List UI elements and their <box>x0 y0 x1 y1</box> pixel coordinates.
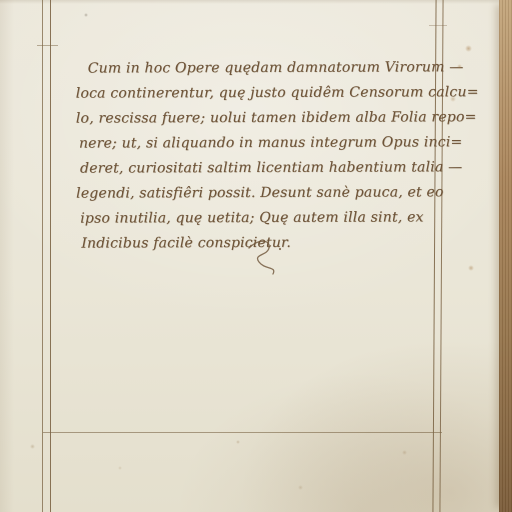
end-flourish-icon <box>247 236 291 278</box>
foxing-spot <box>30 444 35 449</box>
text-line: ipso inutilia, quę uetita; Quę autem ill… <box>76 205 436 231</box>
text-line: Cum in hoc Opere quędam damnatorum Viror… <box>76 55 436 81</box>
foxing-spot <box>118 466 122 470</box>
left-border-line-outer <box>42 0 43 512</box>
foxing-spot <box>465 45 472 52</box>
text-line: loca continerentur, quę justo quidêm Cen… <box>76 80 436 106</box>
handwritten-text-block: Cum in hoc Opere quędam damnatorum Viror… <box>76 55 437 256</box>
top-right-rule-tick <box>429 25 447 26</box>
text-line: deret, curiositati saltim licentiam habe… <box>76 155 436 181</box>
foxing-spot <box>450 96 456 102</box>
foxing-spot <box>298 485 303 490</box>
text-line: legendi, satisfiêri possit. Desunt sanè … <box>76 180 436 206</box>
foxing-spot <box>236 440 240 444</box>
manuscript-photo: Cum in hoc Opere quędam damnatorum Viror… <box>0 0 512 512</box>
left-page-shadow <box>0 0 14 512</box>
text-line: nere; ut, si aliquando in manus integrum… <box>76 130 436 156</box>
text-line: lo, rescissa fuere; uolui tamen ibidem a… <box>76 105 436 131</box>
bottom-border-line <box>43 432 442 433</box>
left-border-line-inner <box>50 0 51 512</box>
book-page-edge <box>499 0 512 512</box>
foxing-spot <box>84 13 88 17</box>
foxing-spot <box>402 450 407 455</box>
foxing-spot <box>468 265 474 271</box>
top-left-rule-tick <box>37 45 58 46</box>
foxing-spot <box>457 64 462 69</box>
